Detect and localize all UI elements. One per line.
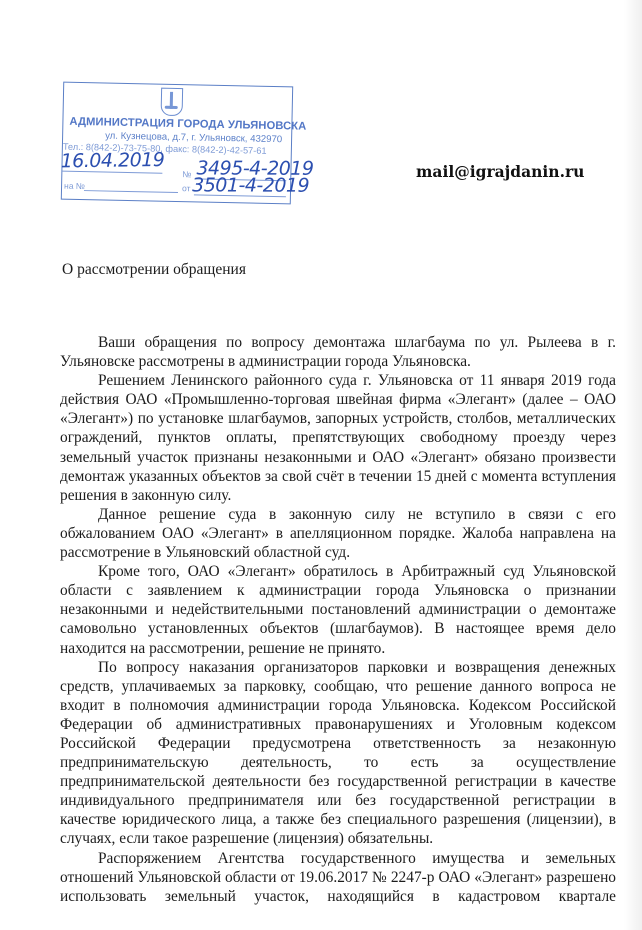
addressee-email: mail@igrajdanin.ru (416, 162, 584, 181)
coat-of-arms-icon (161, 88, 184, 116)
stamp-number-label: № (182, 169, 191, 179)
paragraph: Ваши обращения по вопросу демонтажа шлаг… (60, 333, 616, 371)
paragraph: По вопросу наказания организаторов парко… (60, 658, 616, 849)
paragraph: Данное решение суда в законную силу не в… (60, 505, 616, 562)
paragraph: Решением Ленинского районного суда г. Ул… (60, 371, 616, 505)
stamp-reference-line (84, 190, 178, 193)
stamp-from-label: от (182, 183, 191, 193)
registration-stamp: АДМИНИСТРАЦИЯ ГОРОДА УЛЬЯНОВСКА ул. Кузн… (61, 82, 293, 205)
stamp-date: 16.04.2019 (60, 149, 164, 172)
paragraph: Кроме того, ОАО «Элегант» обратилось в А… (60, 562, 616, 657)
letter-body: Ваши обращения по вопросу демонтажа шлаг… (60, 333, 616, 906)
letter-subject: О рассмотрении обращения (62, 261, 246, 279)
stamp-from-value: 3501-4-2019 (192, 174, 309, 196)
stamp-reference-label: на № (64, 181, 85, 191)
paragraph: Распоряжением Агентства государственного… (60, 849, 616, 906)
page-edge-shadow (624, 0, 642, 930)
